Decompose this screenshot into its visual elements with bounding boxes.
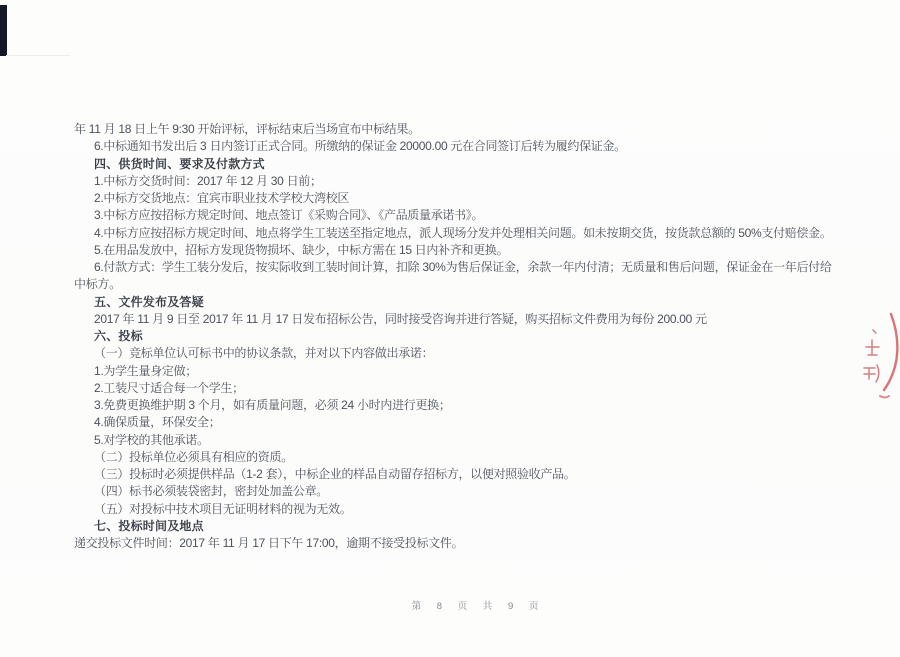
paragraph-line: 年 11 月 18 日上午 9:30 开始评标，评标结束后当场宣布中标结果。: [74, 121, 832, 138]
seal-character-fragments: [864, 330, 879, 382]
paragraph-line: （一）竞标单位认可标书中的协议条款，并对以下内容做出承诺：: [74, 345, 832, 362]
paragraph-line: 递交投标文件时间：2017 年 11 月 17 日下午 17:00，逾期不接受投…: [74, 535, 832, 552]
page-number-footer: 第 8 页 共 9 页: [0, 598, 900, 612]
paragraph-line: 2.工装尺寸适合每一个学生；: [74, 380, 832, 397]
paragraph-line: 3.中标方应按招标方规定时间、地点签订《采购合同》、《产品质量承诺书》。: [74, 207, 832, 224]
paragraph-line: 1.为学生量身定做；: [74, 363, 832, 380]
section-heading: 六、投标: [74, 328, 832, 345]
scanner-edge-shadow: [6, 55, 70, 56]
partial-red-seal-stamp: [850, 310, 900, 405]
paragraph-line: 2017 年 11 月 9 日至 2017 年 11 月 17 日发布招标公告，…: [74, 311, 832, 328]
paragraph-line: （四）标书必须装袋密封，密封处加盖公章。: [74, 483, 832, 500]
scanner-edge-artifact: [0, 5, 7, 56]
section-heading: 四、供货时间、要求及付款方式: [74, 156, 832, 173]
paragraph-line: 6.付款方式：学生工装分发后，按实际收到工装时间计算，扣除 30%为售后保证金，…: [74, 259, 832, 294]
paragraph-line: （五）对投标中技术项目无证明材料的视为无效。: [74, 501, 832, 518]
paragraph-line: 2.中标方交货地点：宜宾市职业技术学校大湾校区: [74, 190, 832, 207]
scanned-document-page: 年 11 月 18 日上午 9:30 开始评标，评标结束后当场宣布中标结果。6.…: [0, 0, 900, 657]
paragraph-line: 6.中标通知书发出后 3 日内签订正式合同。所缴纳的保证金 20000.00 元…: [74, 138, 832, 155]
paragraph-line: 5.对学校的其他承诺。: [74, 432, 832, 449]
seal-rim-arc: [884, 314, 897, 390]
paragraph-line: （二）投标单位必须具有相应的资质。: [74, 449, 832, 466]
section-heading: 五、文件发布及答疑: [74, 294, 832, 311]
paragraph-line: 5.在用品发放中，招标方发现货物损坏、缺少，中标方需在 15 日内补齐和更换。: [74, 242, 832, 259]
paragraph-line: 4.中标方应按招标方规定时间、地点将学生工装送至指定地点，派人现场分发并处理相关…: [74, 225, 832, 242]
paragraph-line: 3.免费更换维护期 3 个月，如有质量问题，必须 24 小时内进行更换；: [74, 397, 832, 414]
paragraph-line: 4.确保质量，环保安全；: [74, 414, 832, 431]
paragraph-line: 1.中标方交货时间：2017 年 12 月 30 日前；: [74, 173, 832, 190]
seal-rim-tail: [880, 396, 889, 398]
section-heading: 七、投标时间及地点: [74, 518, 832, 535]
paragraph-line: （三）投标时必须提供样品（1-2 套），中标企业的样品自动留存招标方，以便对照验…: [74, 466, 832, 483]
document-body: 年 11 月 18 日上午 9:30 开始评标，评标结束后当场宣布中标结果。6.…: [74, 121, 832, 552]
